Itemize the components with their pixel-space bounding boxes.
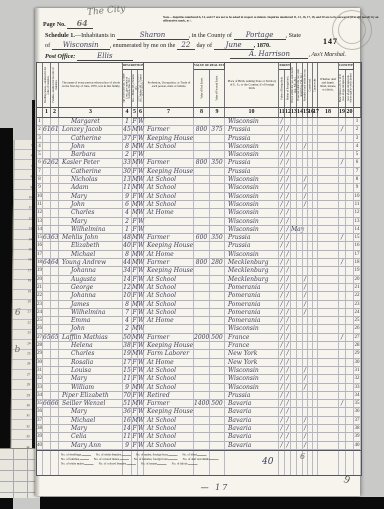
column-number: 18 [318, 108, 339, 117]
cell-name: Barbara [59, 151, 123, 159]
column-header-label: Dwelling-houses—numbered in the order of… [44, 67, 50, 103]
cell-occ: At School [144, 309, 194, 317]
cell-mc [339, 151, 346, 159]
cell-mc [339, 276, 346, 284]
cell-dd [318, 159, 339, 167]
cell-dd [318, 350, 339, 358]
line-number: 9 [354, 184, 361, 192]
cell-dd [318, 168, 339, 176]
cell-dd [318, 334, 339, 342]
cell-bp: Prussia [225, 126, 279, 134]
summary-label: No. of insane, [141, 462, 167, 465]
column-header-bp: Place of Birth, naming State or Territor… [225, 63, 279, 107]
cell-age: 36 [123, 408, 132, 416]
line-number: 29 [354, 350, 361, 358]
summary-label: No. of blind, [182, 453, 206, 456]
cell-re [194, 342, 210, 350]
cell-re [194, 367, 210, 375]
cell-dd [318, 309, 339, 317]
cell-dd [318, 317, 339, 325]
cell-pe [210, 442, 225, 450]
cell-mc [339, 242, 346, 250]
cell-dw: 63 [43, 234, 51, 242]
cell-dw [43, 367, 51, 375]
cell-dd [318, 375, 339, 383]
cell-mv [346, 218, 354, 226]
cell-age: 1 [123, 118, 132, 126]
cell-age: 8 [123, 301, 132, 309]
cell-bp: Wisconsin [225, 325, 279, 333]
cell-re [194, 433, 210, 441]
cell-bp: Wisconsin [225, 143, 279, 151]
cell-dd [318, 234, 339, 242]
summary-cell [51, 451, 59, 475]
cell-dw [43, 375, 51, 383]
cell-pe [210, 301, 225, 309]
column-header-label: If born within the year, state month (Ja… [291, 67, 296, 103]
cell-pe [210, 392, 225, 400]
cell-bp: Wisconsin [225, 209, 279, 217]
cell-name: Wilhelmina [59, 226, 123, 234]
cell-pe: 280 [210, 259, 225, 267]
cell-mv [346, 259, 354, 267]
cell-dw [43, 151, 51, 159]
cell-mc [339, 218, 346, 226]
cell-mc [339, 168, 346, 176]
cell-fam [51, 251, 59, 259]
cell-mv [346, 242, 354, 250]
column-header-label: If married within the year, state month … [297, 67, 302, 103]
cell-dd [318, 433, 339, 441]
cell-dd [318, 367, 339, 375]
cell-fam [51, 425, 59, 433]
cell-pe [210, 367, 225, 375]
cell-age: 37 [123, 135, 132, 143]
cell-mc [339, 209, 346, 217]
cell-pe: 500 [210, 334, 225, 342]
cell-re [194, 325, 210, 333]
cell-bp: Wisconsin [225, 184, 279, 192]
column-header-label: Male Citizens of U. S. of 21 years of ag… [346, 72, 354, 103]
cell-bp: Wisconsin [225, 193, 279, 201]
cell-occ: At School [144, 176, 194, 184]
line-number: 1 [354, 118, 361, 126]
cell-re [194, 384, 210, 392]
cell-bp: Prussia [225, 135, 279, 143]
cell-mc [339, 392, 346, 400]
cell-fam: 62 [51, 159, 59, 167]
cell-mv [346, 359, 354, 367]
strip-line-number: 30 [27, 404, 30, 407]
cell-pe [210, 433, 225, 441]
cell-bp: Bavaria [225, 400, 279, 408]
cell-occ: Farmer [144, 400, 194, 408]
cell-occ: At Home [144, 209, 194, 217]
cell-fam [51, 392, 59, 400]
page-no-value: 64 [77, 18, 88, 28]
cell-fam: 66 [51, 400, 59, 408]
cell-dw [43, 267, 51, 275]
cell-name: Emma [59, 317, 123, 325]
cell-re [194, 425, 210, 433]
line-number: 22 [354, 292, 361, 300]
cell-bp: Prussia [225, 392, 279, 400]
county-label: , in the County of [189, 32, 232, 39]
cell-mc [339, 350, 346, 358]
summary-label: No. of males, foreign born, [136, 453, 178, 456]
cell-occ: Farmer [144, 159, 194, 167]
cell-re [194, 201, 210, 209]
cell-dd [318, 184, 339, 192]
cell-name: Catherine [59, 168, 123, 176]
cell-pe [210, 218, 225, 226]
line-number: 36 [354, 408, 361, 416]
margin-pencil-mark: b [14, 345, 20, 355]
strip-line-number: 19 [28, 290, 31, 293]
cell-mv [346, 193, 354, 201]
cell-mv [346, 226, 354, 234]
cell-age: 11 [123, 184, 132, 192]
cell-pe [210, 292, 225, 300]
cell-mc [339, 135, 346, 143]
cell-dd [318, 384, 339, 392]
cell-bp: New York [225, 350, 279, 358]
cell-dw: 61 [43, 126, 51, 134]
cell-occ: At School [144, 193, 194, 201]
cell-dd [318, 442, 339, 450]
cell-bp: Bavaria [225, 433, 279, 441]
column-header-dd: Whether deaf and dumb, blind, insane, or… [318, 63, 339, 107]
census-page: The City Page No. 64 Note.—Inquiries num… [35, 8, 360, 496]
cell-fam [51, 267, 59, 275]
line-number: 23 [354, 301, 361, 309]
cell-mc [339, 325, 346, 333]
cell-mc [339, 433, 346, 441]
cell-mc [339, 267, 346, 275]
cell-mc [339, 342, 346, 350]
cell-dd [318, 284, 339, 292]
cell-fam: 61 [51, 126, 59, 134]
line-number: 12 [354, 209, 361, 217]
cell-name: Lonzey Jacob [59, 126, 123, 134]
line-number: 37 [354, 417, 361, 425]
cell-mc [339, 176, 346, 184]
cell-bp: Prussia [225, 234, 279, 242]
cell-dw [43, 251, 51, 259]
cell-occ: At School [144, 425, 194, 433]
cell-name: Nicholas [59, 176, 123, 184]
cell-dw [43, 392, 51, 400]
cell-dd [318, 267, 339, 275]
cell-bp: Wisconsin [225, 251, 279, 259]
line-number: 18 [354, 259, 361, 267]
cell-occ [144, 218, 194, 226]
line-number: 40 [354, 442, 361, 450]
cell-name: William [59, 384, 123, 392]
column-number: 8 [194, 108, 210, 117]
summary-label: No. of colored females, [99, 462, 136, 465]
cell-age: 16 [123, 417, 132, 425]
schedule-line-2: of Wisconsin, enumerated by me on the 22… [45, 42, 271, 50]
line-number: 24 [354, 309, 361, 317]
line-number: 2 [354, 126, 361, 134]
cell-dd [318, 218, 339, 226]
cell-bp: Wisconsin [225, 384, 279, 392]
cell-mc [339, 251, 346, 259]
cell-mv [346, 159, 354, 167]
cell-re [194, 408, 210, 416]
page-no-label: Page No. [43, 22, 66, 28]
cell-name: Young Andrew [59, 259, 123, 267]
cell-re [194, 301, 210, 309]
summary-cell [346, 451, 354, 475]
summary-label: No. of white males, [61, 462, 94, 465]
line-number: 38 [354, 425, 361, 433]
cell-pe [210, 193, 225, 201]
cell-fam [51, 184, 59, 192]
column-header-fam: Families, numbered in the order of visit… [51, 63, 59, 107]
cell-age: 44 [123, 259, 132, 267]
table-body: 1Margaret1FWWisconsin/126161Lonzey Jacob… [37, 118, 361, 450]
table-header: Dwelling-houses—numbered in the order of… [37, 63, 361, 108]
cell-pe [210, 143, 225, 151]
cell-dw: 62 [43, 159, 51, 167]
cell-bp: Pomerania [225, 284, 279, 292]
post-office-label: Post Office: [45, 53, 75, 60]
cell-occ: Farmer [144, 126, 194, 134]
column-number: 9 [210, 108, 225, 117]
cell-mv [346, 292, 354, 300]
cell-dd [318, 201, 339, 209]
cell-name: Mary [59, 425, 123, 433]
strip-line-number: 27 [27, 373, 30, 376]
cell-occ: Keeping House [144, 135, 194, 143]
cell-fam [51, 342, 59, 350]
cell-pe [210, 384, 225, 392]
cell-mc [339, 359, 346, 367]
cell-re [194, 193, 210, 201]
line-number: 11 [354, 201, 361, 209]
cell-name: Adam [59, 184, 123, 192]
pencil-scrawl: The City [87, 4, 126, 18]
cell-age: 8 [123, 143, 132, 151]
cell-occ: At School [144, 284, 194, 292]
cell-occ [144, 118, 194, 126]
cell-dw [43, 226, 51, 234]
cell-pe [210, 408, 225, 416]
cell-dw [43, 284, 51, 292]
summary-label: No. of deaf and dumb, [183, 458, 219, 461]
cell-mv [346, 151, 354, 159]
cell-mc: / [339, 400, 346, 408]
cell-age: 11 [123, 375, 132, 383]
cell-name: Celia [59, 433, 123, 441]
line-number: 39 [354, 433, 361, 441]
cell-occ: Keeping House [144, 342, 194, 350]
summary-label: No. of families, [61, 458, 89, 461]
cell-mv [346, 135, 354, 143]
cell-occ: At School [144, 442, 194, 450]
cell-bp: Wisconsin [225, 226, 279, 234]
cell-pe [210, 317, 225, 325]
line-number: 30 [354, 359, 361, 367]
cell-age: 13 [123, 176, 132, 184]
cell-name: Mary [59, 375, 123, 383]
cell-dd [318, 176, 339, 184]
cell-name: Michael [59, 251, 123, 259]
cell-dw: 64 [43, 259, 51, 267]
strip-line-number: 28 [27, 383, 30, 386]
line-number: 10 [354, 193, 361, 201]
cell-re [194, 309, 210, 317]
cell-mv [346, 384, 354, 392]
cell-occ [144, 151, 194, 159]
cell-occ: At School [144, 367, 194, 375]
column-group-band: CONSTITUTIONAL RELATIONS. [339, 63, 354, 70]
cell-pe [210, 375, 225, 383]
cell-re [194, 317, 210, 325]
cell-mv [346, 209, 354, 217]
state-value: Wisconsin [63, 41, 99, 49]
cell-re [194, 176, 210, 184]
cell-fam [51, 317, 59, 325]
cell-mc: / [339, 126, 346, 134]
cell-age: 2 [123, 218, 132, 226]
cell-mv [346, 234, 354, 242]
cell-dd [318, 392, 339, 400]
cell-re [194, 350, 210, 358]
day-label: day of [196, 42, 212, 49]
cell-re [194, 251, 210, 259]
cell-bp: Wisconsin [225, 218, 279, 226]
cell-re: 800 [194, 159, 210, 167]
cell-occ: Keeping House [144, 168, 194, 176]
marshal-label: , Ass't Marshal. [308, 52, 346, 58]
cell-mv [346, 251, 354, 259]
cell-fam [51, 350, 59, 358]
cell-fam [51, 292, 59, 300]
cell-bp: Bavaria [225, 425, 279, 433]
cell-name: Mary [59, 218, 123, 226]
cell-re [194, 267, 210, 275]
cell-dw [43, 176, 51, 184]
cell-mv [346, 375, 354, 383]
enumerated-label: , enumerated by me on the [110, 42, 176, 49]
cell-re [194, 118, 210, 126]
cell-fam [51, 118, 59, 126]
cell-name: Rosalia [59, 359, 123, 367]
cell-pe [210, 342, 225, 350]
cell-age: 50 [123, 334, 132, 342]
cell-dw [43, 359, 51, 367]
cell-age: 6 [123, 201, 132, 209]
cell-mv [346, 168, 354, 176]
cell-dw [43, 276, 51, 284]
line-number: 20 [354, 276, 361, 284]
scan-black-edge-bottom [40, 497, 384, 509]
cell-dd [318, 226, 339, 234]
cell-age: 45 [123, 126, 132, 134]
cell-dd [318, 242, 339, 250]
cell-bp: Bavaria [225, 417, 279, 425]
cell-fam [51, 135, 59, 143]
cell-mv [346, 176, 354, 184]
strip-line-number: 21 [28, 310, 31, 313]
summary-label: No. of idiotic, [172, 462, 198, 465]
cell-fam [51, 176, 59, 184]
cell-bp: Wisconsin [225, 375, 279, 383]
cell-re: 800 [194, 126, 210, 134]
cell-age: 48 [123, 234, 132, 242]
strip-line-number: 22 [27, 321, 30, 324]
cell-mv [346, 267, 354, 275]
cell-name: John [59, 325, 123, 333]
cell-mv [346, 408, 354, 416]
cell-age: 15 [123, 367, 132, 375]
cell-age: 9 [123, 384, 132, 392]
cell-dd [318, 425, 339, 433]
state-suffix-label: , State [286, 32, 301, 39]
county-value: Portage [246, 31, 274, 39]
cell-dd [318, 209, 339, 217]
column-header-label: Father of foreign birth. [280, 72, 283, 103]
cell-mv [346, 342, 354, 350]
cell-mv [346, 334, 354, 342]
summary-cell [354, 451, 361, 475]
cell-age: 8 [123, 251, 132, 259]
cell-dw [43, 242, 51, 250]
line-number: 21 [354, 284, 361, 292]
cell-pe [210, 417, 225, 425]
cell-mc [339, 201, 346, 209]
cell-dw [43, 292, 51, 300]
cell-re [194, 151, 210, 159]
cell-re [194, 292, 210, 300]
cell-bp: Bavaria [225, 408, 279, 416]
cell-re [194, 218, 210, 226]
cell-age: 4 [123, 317, 132, 325]
cell-mv [346, 126, 354, 134]
cell-pe [210, 168, 225, 176]
column-header-label: Whether deaf and dumb, blind, insane, or… [319, 78, 338, 92]
cell-age: 9 [123, 193, 132, 201]
line-number: 27 [354, 334, 361, 342]
cell-re [194, 375, 210, 383]
page-number-line: Page No. 64 [43, 19, 93, 29]
cell-mc: / [339, 334, 346, 342]
summary-label: No. of dwellings, [61, 453, 91, 456]
line-number: 14 [354, 226, 361, 234]
column-header-label: Sex.—Males (M.), Females (F.) [132, 72, 137, 103]
cell-re [194, 359, 210, 367]
cell-age: 7 [123, 309, 132, 317]
cell-re [194, 209, 210, 217]
cell-bp: Pomerania [225, 309, 279, 317]
cell-name: Mary Ann [59, 442, 123, 450]
cell-occ: At School [144, 201, 194, 209]
cell-pe [210, 425, 225, 433]
cell-mc [339, 284, 346, 292]
cell-age: 17 [123, 359, 132, 367]
summary-total-handwritten: 40 [262, 457, 273, 467]
cell-re [194, 143, 210, 151]
cell-fam [51, 218, 59, 226]
summary-cell [43, 451, 51, 475]
cell-fam [51, 193, 59, 201]
cell-re [194, 276, 210, 284]
cell-name: Kasler Peter [59, 159, 123, 167]
cell-re: 800 [194, 259, 210, 267]
